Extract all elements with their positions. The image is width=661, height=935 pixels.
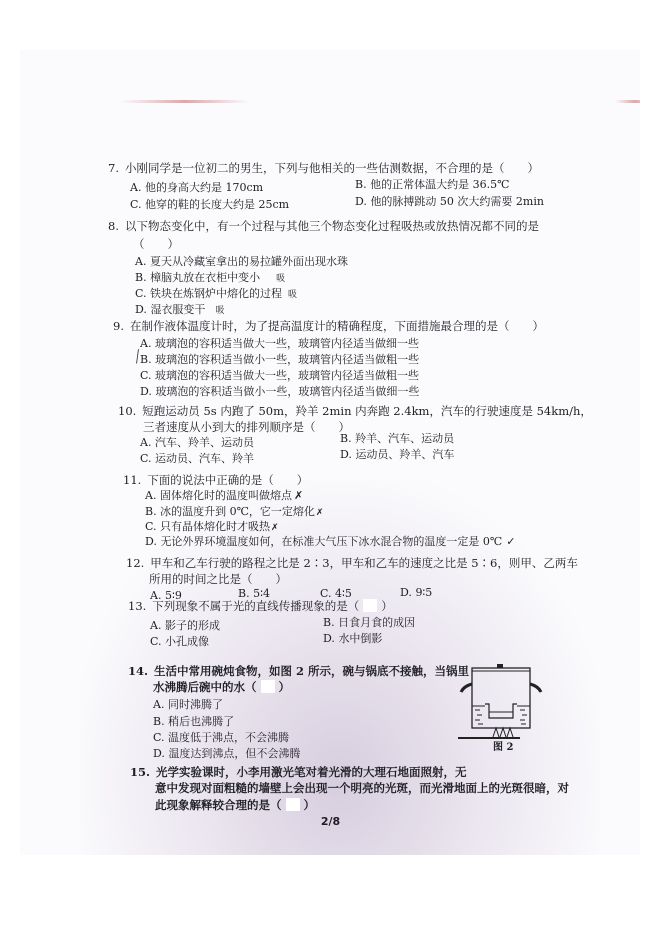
- question-13: 13.下列现象不属于光的直线传播现象的是（）: [128, 598, 393, 615]
- option-d: D. 9∶5: [400, 585, 432, 601]
- question-stem-cont: 此现象解释较合理的是（）: [155, 797, 315, 814]
- option-d: D. 无论外界环境温度如何，在标准大气压下冰水混合物的温度一定是 0℃✓: [145, 534, 515, 550]
- option-c: C. 铁块在炼钢炉中熔化的过程吸: [135, 286, 297, 303]
- option-b: B. 樟脑丸放在衣柜中变小吸: [135, 270, 285, 287]
- question-12: 12.甲车和乙车行驶的路程之比是 2∶3，甲车和乙车的速度之比是 5∶6，则甲、…: [126, 555, 578, 572]
- figure-caption: 图 2: [493, 738, 513, 753]
- red-mark-decoration: [615, 100, 640, 103]
- option-a: A. 玻璃泡的容积适当做大一些，玻璃管内径适当做细一些: [140, 336, 419, 352]
- question-14: 14.生活中常用碗炖食物，如图 2 所示，碗与锅底不接触，当锅里: [128, 663, 469, 680]
- option-d: D. 玻璃泡的容积适当做小一些，玻璃管内径适当做细一些: [140, 384, 419, 400]
- option-b: B. 稍后也沸腾了: [153, 714, 234, 730]
- option-d: D. 他的脉搏跳动 50 次大约需要 2min: [355, 194, 544, 210]
- question-7: 7.小刚同学是一位初二的男生，下列与他相关的一些估测数据，不合理的是（ ）: [108, 160, 539, 177]
- question-stem: 下面的说法中正确的是（ ）: [147, 473, 308, 487]
- option-a: A. 影子的形成: [150, 618, 220, 634]
- option-a: A. 他的身高大约是 170cm: [130, 180, 263, 196]
- red-mark-decoration: [120, 100, 250, 103]
- option-a: A. 夏天从冷藏室拿出的易拉罐外面出现水珠: [135, 254, 348, 270]
- option-b: B. 羚羊、汽车、运动员: [340, 431, 454, 447]
- question-number: 11.: [123, 472, 141, 489]
- question-stem: 以下物态变化中，有一个过程与其他三个物态变化过程吸热或放热情况都不同的是: [125, 219, 539, 233]
- question-stem-cont: 意中发现对面粗糙的墙壁上会出现一个明亮的光斑，而光滑地面上的光斑很暗，对: [155, 780, 569, 797]
- answer-blank: [261, 680, 275, 693]
- question-stem: 生活中常用碗炖食物，如图 2 所示，碗与锅底不接触，当锅里: [154, 664, 469, 678]
- option-c: C. 温度低于沸点，不会沸腾: [153, 730, 289, 746]
- question-stem: 甲车和乙车行驶的路程之比是 2∶3，甲车和乙车的速度之比是 5∶6，则甲、乙两车: [150, 556, 578, 570]
- option-c: C. 他穿的鞋的长度大约是 25cm: [130, 197, 289, 213]
- option-c: C. 玻璃泡的容积适当做大一些，玻璃管内径适当做粗一些: [140, 368, 419, 384]
- option-a: A. 汽车、羚羊、运动员: [140, 435, 254, 451]
- question-number: 10.: [118, 403, 136, 420]
- handwritten-mark: ✗: [316, 508, 324, 518]
- option-c: C. 运动员、汽车、羚羊: [140, 451, 254, 467]
- question-number: 7.: [108, 160, 119, 177]
- question-number: 12.: [126, 555, 144, 572]
- question-11: 11.下面的说法中正确的是（ ）: [123, 472, 308, 489]
- answer-blank: [363, 599, 377, 612]
- option-d: D. 水中倒影: [323, 631, 382, 647]
- handwritten-mark: 吸: [276, 274, 285, 284]
- option-b: B. 他的正常体温大约是 36.5℃: [355, 177, 509, 193]
- question-number: 15.: [130, 764, 150, 781]
- option-a: A. 同时沸腾了: [153, 697, 223, 713]
- option-d: D. 运动员、羚羊、汽车: [340, 447, 454, 463]
- handwritten-mark: 吸: [288, 290, 297, 300]
- option-d: D. 湿衣服变干吸: [135, 302, 224, 319]
- handwritten-mark: 吸: [215, 306, 224, 316]
- question-9: 9.在制作液体温度计时，为了提高温度计的精确程度，下面措施最合理的是（ ）: [113, 318, 544, 335]
- question-stem-cont: （ ）: [133, 236, 179, 253]
- question-stem: 光学实验课时，小李用激光笔对着光滑的大理石地面照射，无: [156, 765, 467, 779]
- option-b: B. 玻璃泡的容积适当做小一些，玻璃管内径适当做粗一些: [140, 352, 419, 368]
- question-stem: 下列现象不属于光的直线传播现象的是（: [152, 599, 359, 613]
- question-number: 14.: [128, 663, 148, 680]
- question-number: 9.: [113, 318, 124, 335]
- handwritten-mark: ✗: [294, 489, 303, 502]
- page-number: 2/8: [0, 815, 661, 828]
- question-stem: 在制作液体温度计时，为了提高温度计的精确程度，下面措施最合理的是（ ）: [130, 319, 544, 333]
- question-8: 8.以下物态变化中，有一个过程与其他三个物态变化过程吸热或放热情况都不同的是: [108, 218, 539, 235]
- question-number: 8.: [108, 218, 119, 235]
- option-a: A. 固体熔化时的温度叫做熔点✗: [145, 488, 303, 504]
- handwritten-mark: ✗: [271, 523, 279, 533]
- question-stem: 小刚同学是一位初二的男生，下列与他相关的一些估测数据，不合理的是（ ）: [125, 161, 539, 175]
- answer-blank: [286, 798, 300, 811]
- option-d: D. 温度达到沸点，但不会沸腾: [153, 746, 300, 762]
- question-15: 15.光学实验课时，小李用激光笔对着光滑的大理石地面照射，无: [130, 764, 467, 781]
- handwritten-mark: ✓: [506, 535, 515, 548]
- option-c: C. 小孔成像: [150, 634, 209, 650]
- question-stem-cont: 水沸腾后碗中的水（）: [153, 679, 290, 696]
- option-b: B. 日食月食的成因: [323, 615, 415, 631]
- question-stem-cont: 三者速度从小到大的排列顺序是（ ）: [143, 419, 350, 436]
- question-10: 10.短跑运动员 5s 内跑了 50m，羚羊 2min 内奔跑 2.4km，汽车…: [118, 403, 592, 420]
- question-number: 13.: [128, 598, 146, 615]
- question-stem: 短跑运动员 5s 内跑了 50m，羚羊 2min 内奔跑 2.4km，汽车的行驶…: [142, 404, 592, 418]
